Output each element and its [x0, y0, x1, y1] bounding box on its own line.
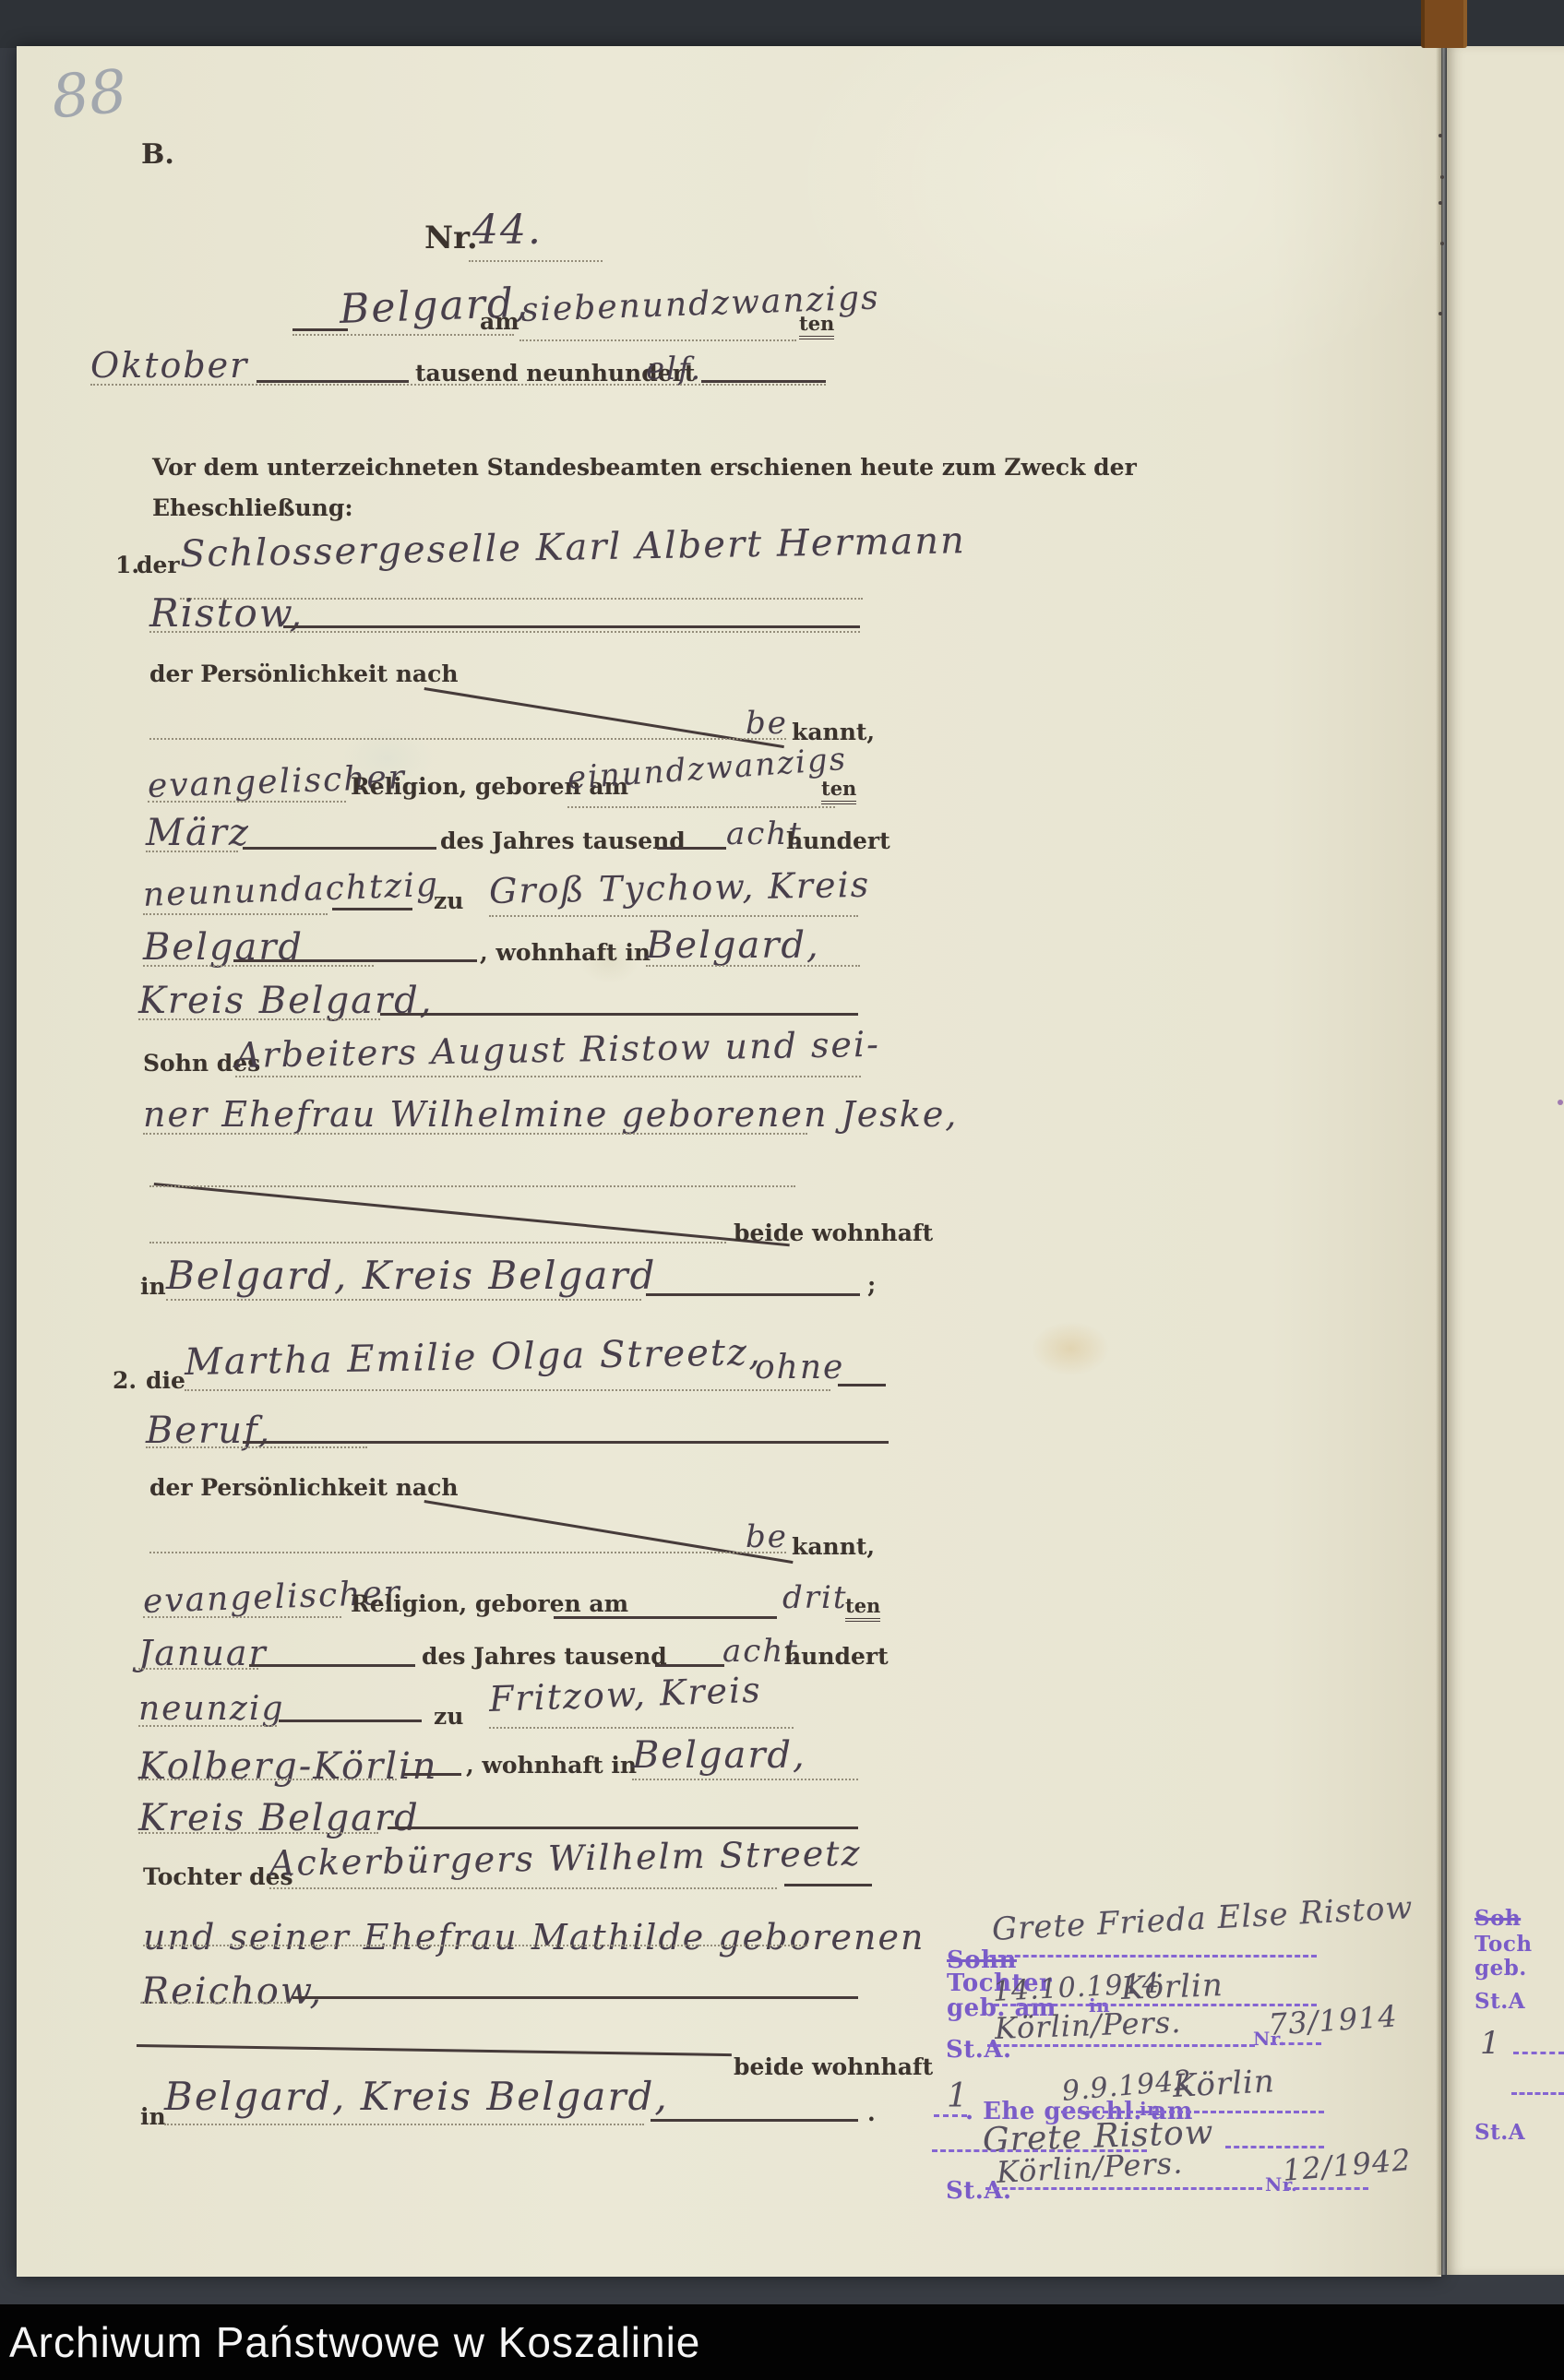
stamp-dashed-rule — [1513, 2052, 1564, 2054]
bride-article: die — [146, 1367, 185, 1394]
groom-birth-month: März — [146, 812, 250, 854]
edge-stamp-fragment: Soh — [1474, 1906, 1521, 1931]
rule-dotted — [293, 334, 514, 336]
rule-dotted — [149, 1552, 786, 1553]
ink-speck — [1558, 1100, 1563, 1105]
rule-solid — [655, 1664, 724, 1667]
ink-speck — [1439, 312, 1442, 315]
groom-residence2: Kreis Belgard, — [138, 980, 433, 1022]
stamp-dashed-rule — [987, 2044, 1255, 2047]
stamp-dashed-rule — [934, 2114, 967, 2117]
stamp-marriage-city: Körlin — [1172, 2063, 1276, 2105]
rule-dotted — [149, 1185, 795, 1187]
bride-index: 2. — [113, 1367, 137, 1394]
groom-residence: Belgard, — [646, 924, 820, 967]
ten-suffix: ten — [845, 1594, 880, 1622]
stamp-dashed-rule — [990, 1955, 1317, 1958]
record-number-label: Nr. — [424, 220, 478, 256]
edge-stamp-fragment: St.A — [1474, 2120, 1525, 2145]
rule-solid — [243, 1441, 889, 1444]
rule-solid — [249, 1664, 415, 1667]
bride-zu-label: zu — [434, 1703, 463, 1730]
scan-background-top — [0, 0, 1564, 48]
rule-dotted — [469, 260, 603, 262]
rule-solid — [784, 1884, 872, 1886]
ink-speck — [1439, 201, 1442, 205]
rule-solid — [838, 1384, 886, 1386]
rule-solid — [293, 1996, 858, 1999]
binding-tab — [1421, 0, 1467, 48]
archive-name: Archiwum Państwowe w Koszalinie — [9, 2317, 700, 2367]
rule-dotted — [149, 631, 860, 633]
groom-zu-label: zu — [434, 887, 463, 914]
stamp-dashed-rule — [1271, 2042, 1321, 2045]
rule-dotted — [146, 1446, 367, 1448]
preamble-line1: Vor dem unterzeichneten Standesbeamten e… — [152, 454, 1137, 481]
bride-wohnhaft-label: , wohnhaft in — [466, 1752, 637, 1779]
bride-jahres-label: des Jahres tausend — [422, 1643, 667, 1670]
rule-solid — [554, 1616, 777, 1619]
groom-be-hand: be — [746, 705, 788, 742]
groom-parents-residence: Belgard, Kreis Belgard — [166, 1253, 656, 1298]
rule-dotted — [166, 1299, 641, 1301]
rule-dotted — [164, 2124, 644, 2125]
stamp-dashed-rule — [1511, 2092, 1564, 2095]
rule-solid — [388, 1827, 858, 1829]
bride-birth-place2: Kolberg-Körlin — [138, 1745, 438, 1788]
rule-dotted — [632, 1779, 858, 1780]
stamp-office: Körlin/Pers. — [994, 2005, 1182, 2046]
rule-dotted — [138, 1779, 397, 1780]
record-number-value: 44. — [472, 207, 543, 254]
pencil-page-number: 88 — [49, 58, 130, 133]
ten-suffix: ten — [799, 312, 834, 339]
bride-beide-label: beide wohnhaft — [734, 2053, 933, 2080]
bride-birth-day: drit — [782, 1579, 848, 1616]
rule-solid — [279, 1720, 422, 1722]
rule-dotted — [143, 1133, 807, 1135]
rule-dotted — [489, 1727, 794, 1729]
groom-beide-label: beide wohnhaft — [734, 1220, 933, 1246]
archive-watermark-bar: Archiwum Państwowe w Koszalinie — [0, 2304, 1564, 2380]
rule-solid — [257, 380, 409, 383]
rule-solid — [332, 908, 412, 910]
rule-dotted — [148, 801, 346, 803]
rule-dotted — [519, 339, 796, 341]
bride-residence: Belgard, — [632, 1734, 806, 1777]
bride-kannt-label: kannt, — [792, 1533, 875, 1560]
rule-solid — [243, 847, 436, 850]
rule-dotted — [235, 1076, 861, 1077]
groom-punct: ; — [867, 1271, 876, 1298]
bride-ohne-hand: ohne — [755, 1349, 844, 1386]
edge-stamp-fragment: geb. — [1474, 1956, 1527, 1981]
record-month: Oktober — [90, 345, 248, 386]
rule-solid — [283, 625, 860, 628]
groom-in-label: in — [140, 1273, 166, 1300]
scanned-registry-page: 88 B. Nr. 44. Belgard, am siebenundzwanz… — [0, 0, 1564, 2380]
rule-dotted — [141, 2002, 289, 2004]
rule-dotted — [143, 1945, 807, 1946]
bride-punct: . — [867, 2100, 876, 2126]
rule-dotted — [185, 1389, 830, 1391]
groom-hundert-label: hundert — [786, 827, 890, 854]
edge-stamp-fragment: St.A — [1474, 1989, 1525, 2014]
bride-birth-year: neunzig — [138, 1690, 284, 1728]
bride-religion-label: Religion, geboren am — [351, 1590, 628, 1617]
rule-solid — [651, 2119, 858, 2122]
bride-be-hand: be — [746, 1518, 788, 1555]
bride-parents-residence: Belgard, Kreis Belgard, — [164, 2074, 669, 2119]
stamp-birth-city: Körlin — [1120, 1967, 1224, 2007]
rule-dotted — [146, 851, 238, 852]
ink-speck — [1439, 134, 1442, 137]
rule-solid — [403, 1773, 461, 1776]
binding-crease — [1436, 46, 1447, 2275]
bride-mother: und seiner Ehefrau Mathilde geborenen — [143, 1917, 925, 1958]
edge-stamp-fragment: 1 — [1480, 2025, 1501, 2062]
groom-birth-place: Groß Tychow, Kreis — [489, 864, 871, 911]
ink-speck — [1440, 242, 1444, 245]
groom-surname: Ristow, — [149, 590, 304, 636]
stamp-dashed-rule — [1285, 2187, 1368, 2190]
record-year-word: elf. — [646, 351, 702, 387]
bride-in-label: in — [140, 2103, 166, 2130]
preamble-line2: Eheschließung: — [152, 494, 353, 521]
bride-hundert-label: hundert — [784, 1643, 889, 1670]
groom-jahres-label: des Jahres tausend — [440, 827, 686, 854]
stamp-dashed-rule — [1225, 2146, 1324, 2148]
bride-identity-label: der Persönlichkeit nach — [149, 1474, 459, 1501]
rule-dotted — [489, 915, 858, 917]
edge-stamp-fragment: Toch — [1474, 1932, 1533, 1957]
rule-dotted — [143, 965, 374, 967]
groom-article: der — [137, 552, 180, 578]
rule-dotted — [138, 1832, 378, 1834]
rule-dotted — [567, 806, 835, 808]
form-section-letter: B. — [141, 138, 174, 171]
groom-mother: ner Ehefrau Wilhelmine geborenen Jeske, — [143, 1094, 958, 1135]
rule-dotted — [138, 1018, 380, 1020]
ten-suffix: ten — [821, 777, 856, 804]
rule-dotted — [269, 1887, 777, 1889]
stamp-dashed-rule — [985, 2187, 1262, 2190]
bride-mother2: Reichow, — [141, 1970, 323, 2013]
rule-dotted — [143, 913, 328, 915]
rule-dotted — [646, 965, 860, 967]
rule-solid — [646, 1293, 860, 1296]
rule-solid — [380, 1013, 858, 1016]
rule-dotted — [149, 1242, 726, 1244]
stamp-dashed-rule — [1061, 2111, 1324, 2113]
groom-wohnhaft-label: , wohnhaft in — [480, 939, 651, 966]
rule-solid — [701, 380, 826, 383]
rule-dotted — [149, 738, 786, 740]
groom-identity-label: der Persönlichkeit nach — [149, 660, 459, 687]
rule-solid — [657, 847, 726, 850]
rule-solid — [233, 959, 477, 962]
am-label: am — [480, 308, 519, 335]
rule-dotted — [138, 1725, 277, 1727]
rule-dotted — [90, 384, 826, 386]
ink-speck — [1440, 175, 1444, 179]
rule-dotted — [143, 1616, 341, 1618]
groom-birth-place2: Belgard — [143, 926, 304, 969]
rule-dotted — [138, 1668, 258, 1670]
